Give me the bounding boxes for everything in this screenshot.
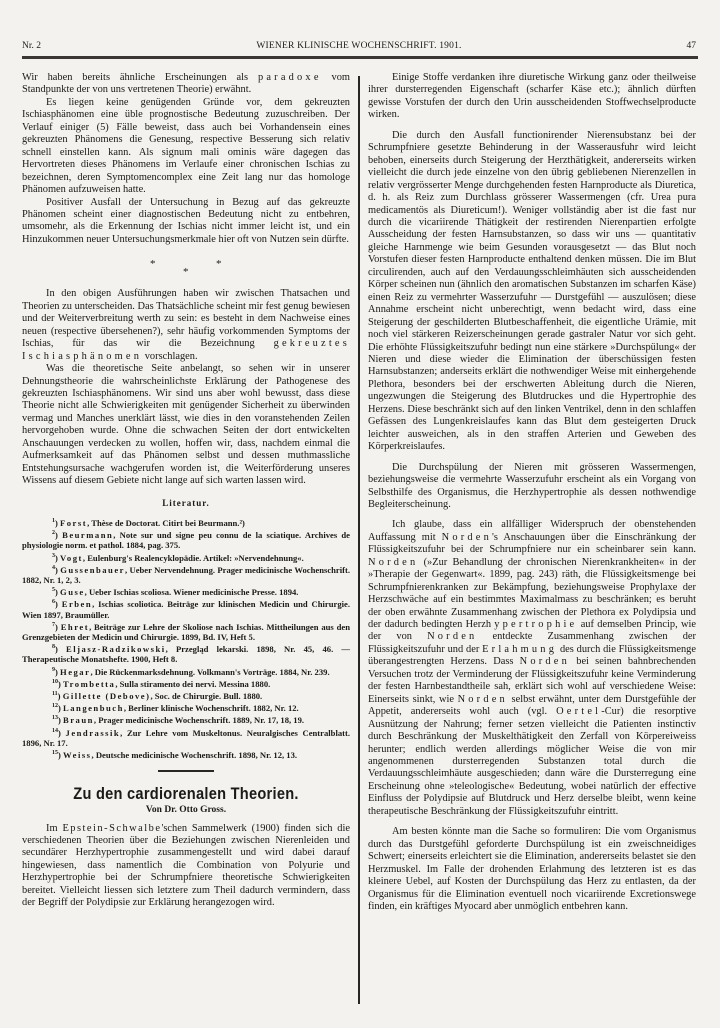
- literature-heading: Literatur.: [22, 497, 350, 509]
- paragraph: Im Epstein-Schwalbe'schen Sammelwerk (19…: [22, 823, 350, 910]
- section-rule: [158, 770, 214, 772]
- article-title: Zu den cardiorenalen Theorien.: [45, 788, 327, 800]
- literature-entry: 15) Weiss, Deutsche medicinische Wochens…: [22, 748, 350, 760]
- literature-entry: 8) Eljasz-Radzikowski, Przegląd lekarski…: [22, 642, 350, 664]
- column-divider: [358, 76, 360, 1004]
- paragraph: Am besten könnte man die Sache so formul…: [368, 826, 696, 913]
- paragraph: Ich glaube, dass ein allfälliger Widersp…: [368, 519, 696, 818]
- literature-entry: 10) Trombetta, Sulla stiramento dei nerv…: [22, 677, 350, 689]
- paragraph: Es liegen keine genügenden Gründe vor, d…: [22, 97, 350, 197]
- literature-entry: 9) Hegar, Die Rückenmarksdehnung. Volkma…: [22, 665, 350, 677]
- literature-list: 1) Forst, Thèse de Doctorat. Citirt bei …: [22, 516, 350, 760]
- paragraph: Die Durchspülung der Nieren mit grössere…: [368, 462, 696, 512]
- literature-entry: 7) Ehret, Beiträge zur Lehre der Skolios…: [22, 620, 350, 642]
- left-column: Wir haben bereits ähnliche Erscheinungen…: [22, 72, 350, 910]
- paragraph: Was die theoretische Seite anbelangt, so…: [22, 363, 350, 488]
- paragraph: Positiver Ausfall der Untersuchung in Be…: [22, 197, 350, 247]
- paragraph: Wir haben bereits ähnliche Erscheinungen…: [22, 72, 350, 97]
- page-number: 47: [687, 41, 697, 51]
- literature-entry: 11) Gillette (Debove), Soc. de Chirurgie…: [22, 689, 350, 701]
- section-separator: * * *: [22, 254, 350, 288]
- paragraph: Einige Stoffe verdanken ihre diuretische…: [368, 72, 696, 122]
- right-column: Einige Stoffe verdanken ihre diuretische…: [368, 72, 696, 913]
- article-byline: Von Dr. Otto Gross.: [22, 804, 350, 816]
- running-header: Nr. 2 WIENER KLINISCHE WOCHENSCHRIFT. 19…: [22, 41, 696, 57]
- literature-entry: 2) Beurmann, Note sur und signe peu conn…: [22, 528, 350, 550]
- header-rule: [22, 56, 698, 59]
- paragraph: Die durch den Ausfall functionirender Ni…: [368, 130, 696, 454]
- literature-entry: 14) Jendrassik, Zur Lehre vom Muskeltonu…: [22, 726, 350, 748]
- literature-entry: 1) Forst, Thèse de Doctorat. Citirt bei …: [22, 516, 350, 528]
- literature-entry: 12) Langenbuch, Berliner klinische Woche…: [22, 701, 350, 713]
- literature-entry: 5) Guse, Ueber Ischias scoliosa. Wiener …: [22, 585, 350, 597]
- paragraph: In den obigen Ausführungen haben wir zwi…: [22, 288, 350, 363]
- literature-entry: 6) Erben, Ischias scoliotica. Beiträge z…: [22, 597, 350, 619]
- journal-title: WIENER KLINISCHE WOCHENSCHRIFT. 1901.: [22, 41, 696, 51]
- literature-entry: 4) Gussenbauer, Ueber Nervendehnung. Pra…: [22, 563, 350, 585]
- literature-entry: 3) Vogt, Eulenburg's Realencyklopädie. A…: [22, 551, 350, 563]
- literature-entry: 13) Braun, Prager medicinische Wochensch…: [22, 713, 350, 725]
